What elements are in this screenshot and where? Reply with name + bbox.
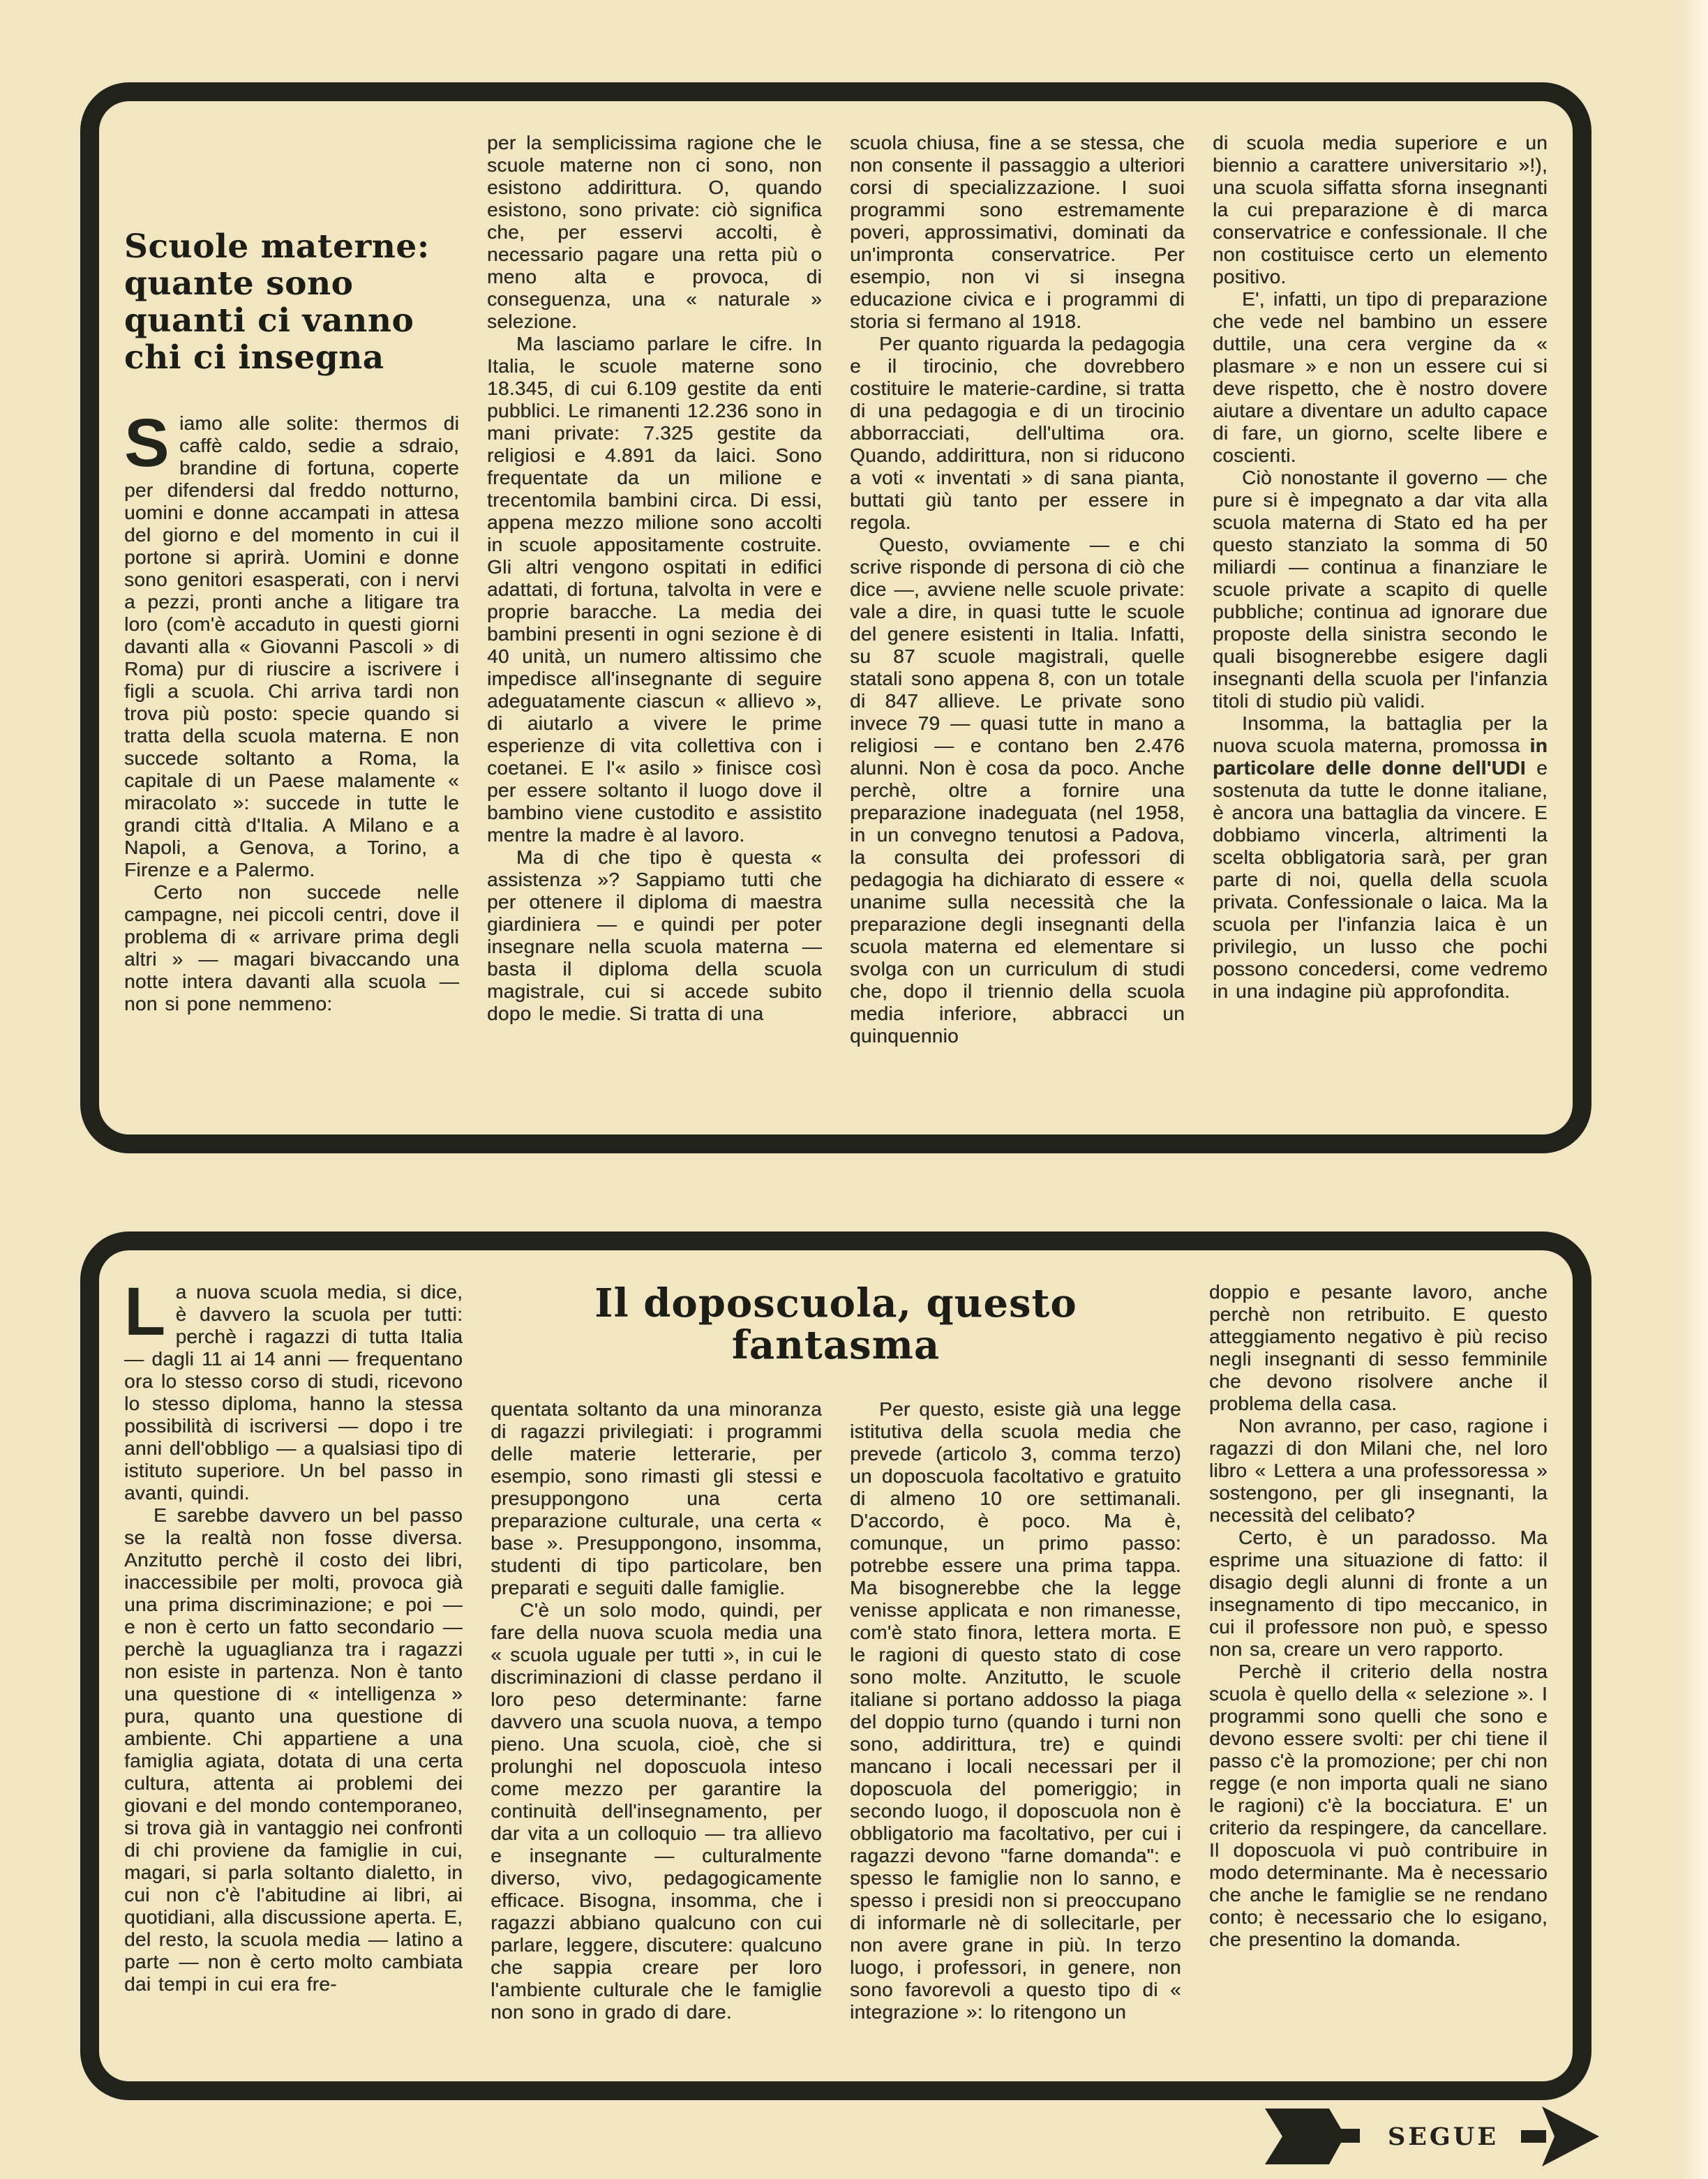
paragraph: Ma lasciamo parlare le cifre. In Italia,…: [487, 333, 822, 846]
paragraph: E', infatti, un tipo di preparazione che…: [1213, 288, 1548, 467]
paragraph: Certo non succede nelle campagne, nei pi…: [124, 881, 459, 1015]
paragraph-text: a nuova scuola media, si dice, è davvero…: [124, 1281, 463, 1504]
paragraph: di scuola media superiore e un biennio a…: [1213, 132, 1548, 288]
article2-column-2: quentata soltanto da una minoranza di ra…: [490, 1398, 822, 2066]
paragraph: Perchè il criterio della nostra scuola è…: [1209, 1661, 1548, 1951]
article1-headline: Scuole materne: quante sono quanti ci va…: [124, 228, 459, 376]
paragraph: Insomma, la battaglia per la nuova scuol…: [1213, 712, 1548, 1003]
paragraph: Siamo alle solite: thermos di caffè cald…: [124, 412, 459, 881]
paragraph: Ma di che tipo è questa « assistenza »? …: [487, 846, 822, 1025]
paragraph: Ciò nonostante il governo — che pure si …: [1213, 467, 1548, 712]
paragraph: C'è un solo modo, quindi, per fare della…: [490, 1599, 822, 2023]
paragraph: doppio e pesante lavoro, anche perchè no…: [1209, 1281, 1548, 1415]
article1-column-3: scuola chiusa, fine a se stessa, che non…: [850, 132, 1185, 1116]
article2-title: Il doposcuola, questo fantasma: [490, 1282, 1181, 1366]
headline-line-1: Scuole materne:: [124, 228, 459, 265]
article2-middle-section: Il doposcuola, questo fantasma quentata …: [490, 1281, 1181, 2066]
arrow-fletching-icon: [1259, 2106, 1365, 2167]
headline-line-2: quante sono: [124, 265, 459, 302]
article2-middle-columns: quentata soltanto da una minoranza di ra…: [490, 1398, 1181, 2066]
segue-label: SEGUE: [1388, 2122, 1499, 2151]
article2-column-3: Per questo, esiste già una legge istitut…: [850, 1398, 1181, 2066]
paragraph: Per questo, esiste già una legge istitut…: [850, 1398, 1181, 2023]
paragraph: per la semplicissima ragione che le scuo…: [487, 132, 822, 333]
article2-columns: La nuova scuola media, si dice, è davver…: [124, 1281, 1548, 2066]
article-panel-doposcuola: La nuova scuola media, si dice, è davver…: [80, 1231, 1591, 2100]
paragraph: E sarebbe davvero un bel passo se la rea…: [124, 1504, 463, 1995]
paragraph-text: Insomma, la battaglia per la nuova scuol…: [1213, 712, 1548, 756]
article1-column-4: di scuola media superiore e un biennio a…: [1213, 132, 1548, 1116]
magazine-page: Scuole materne: quante sono quanti ci va…: [0, 0, 1708, 2179]
article1-column-2: per la semplicissima ragione che le scuo…: [487, 132, 822, 1116]
article1-columns: Scuole materne: quante sono quanti ci va…: [124, 132, 1548, 1116]
article-panel-scuole-materne: Scuole materne: quante sono quanti ci va…: [80, 82, 1591, 1153]
paragraph: Per quanto riguarda la pedagogia e il ti…: [850, 333, 1185, 534]
headline-line-4: chi ci insegna: [124, 339, 459, 376]
article2-column-1: La nuova scuola media, si dice, è davver…: [124, 1281, 463, 2066]
drop-cap-l: L: [124, 1281, 176, 1340]
paragraph: Non avranno, per caso, ragione i ragazzi…: [1209, 1415, 1548, 1527]
headline-line-3: quanti ci vanno: [124, 302, 459, 339]
arrow-right-icon: [1521, 2104, 1606, 2169]
article1-column-1: Scuole materne: quante sono quanti ci va…: [124, 132, 459, 1116]
paragraph-text: iamo alle solite: thermos di caffè caldo…: [124, 412, 459, 881]
paragraph: Questo, ovviamente — e chi scrive rispon…: [850, 534, 1185, 1047]
paragraph-text: e sostenuta da tutte le donne italiane, …: [1213, 757, 1548, 1002]
paragraph: quentata soltanto da una minoranza di ra…: [490, 1398, 822, 1599]
article2-column-4: doppio e pesante lavoro, anche perchè no…: [1209, 1281, 1548, 2066]
paragraph: La nuova scuola media, si dice, è davver…: [124, 1281, 463, 1504]
paragraph: scuola chiusa, fine a se stessa, che non…: [850, 132, 1185, 333]
segue-footer: SEGUE: [1259, 2103, 1606, 2170]
drop-cap-s: S: [124, 412, 179, 471]
paragraph: Certo, è un paradosso. Ma esprime una si…: [1209, 1527, 1548, 1661]
